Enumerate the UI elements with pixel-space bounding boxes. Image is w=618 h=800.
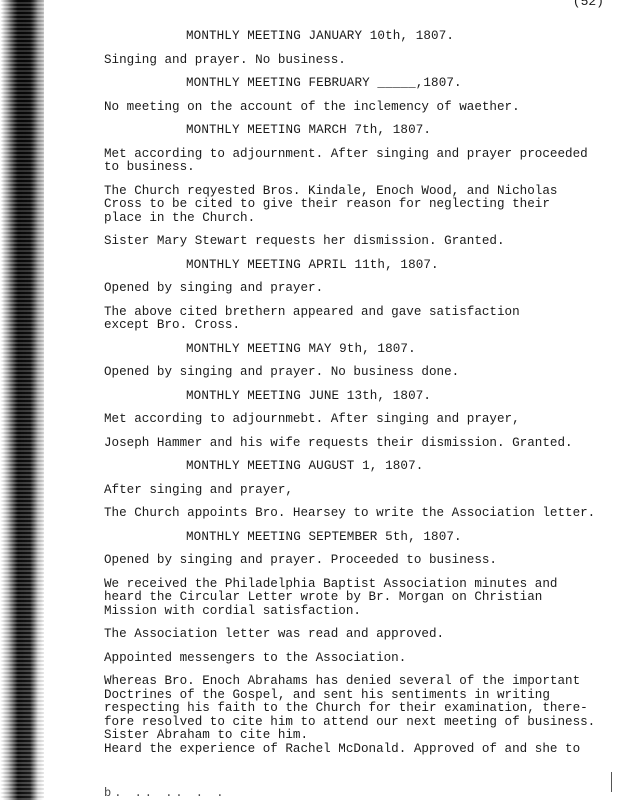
meeting-entry: MONTHLY MEETING AUGUST 1, 1807.After sin… — [104, 460, 604, 521]
minutes-paragraph: Sister Mary Stewart requests her dismiss… — [104, 235, 604, 249]
minutes-paragraph: The Association letter was read and appr… — [104, 628, 604, 642]
meeting-heading: MONTHLY MEETING SEPTEMBER 5th, 1807. — [104, 531, 604, 545]
minutes-document: MONTHLY MEETING JANUARY 10th, 1807.Singi… — [104, 30, 604, 766]
minutes-paragraph: After singing and prayer, — [104, 484, 604, 498]
scan-binding-edge — [0, 0, 44, 800]
minutes-paragraph: Met according to adjournment. After sing… — [104, 148, 604, 175]
meeting-heading: MONTHLY MEETING JUNE 13th, 1807. — [104, 390, 604, 404]
minutes-paragraph: Opened by singing and prayer. Proceeded … — [104, 554, 604, 568]
cut-off-line: b. .. .. . . — [104, 786, 226, 800]
meeting-entry: MONTHLY MEETING JANUARY 10th, 1807.Singi… — [104, 30, 604, 67]
minutes-paragraph: We received the Philadelphia Baptist Ass… — [104, 578, 604, 619]
meeting-entry: MONTHLY MEETING APRIL 11th, 1807.Opened … — [104, 259, 604, 333]
meeting-entry: MONTHLY MEETING FEBRUARY _____,1807.No m… — [104, 77, 604, 114]
minutes-paragraph: The Church reqyested Bros. Kindale, Enoc… — [104, 185, 604, 226]
meeting-heading: MONTHLY MEETING MARCH 7th, 1807. — [104, 124, 604, 138]
meeting-entry: MONTHLY MEETING SEPTEMBER 5th, 1807.Open… — [104, 531, 604, 757]
minutes-paragraph: Opened by singing and prayer. No busines… — [104, 366, 604, 380]
meeting-heading: MONTHLY MEETING FEBRUARY _____,1807. — [104, 77, 604, 91]
page-number: (52) — [573, 0, 604, 9]
minutes-paragraph: Whereas Bro. Enoch Abrahams has denied s… — [104, 675, 604, 756]
minutes-paragraph: Appointed messengers to the Association. — [104, 652, 604, 666]
meeting-entry: MONTHLY MEETING MAY 9th, 1807.Opened by … — [104, 343, 604, 380]
minutes-paragraph: The Church appoints Bro. Hearsey to writ… — [104, 507, 604, 521]
meeting-heading: MONTHLY MEETING APRIL 11th, 1807. — [104, 259, 604, 273]
meeting-heading: MONTHLY MEETING MAY 9th, 1807. — [104, 343, 604, 357]
minutes-paragraph: Singing and prayer. No business. — [104, 54, 604, 68]
meeting-entry: MONTHLY MEETING JUNE 13th, 1807.Met acco… — [104, 390, 604, 451]
meeting-heading: MONTHLY MEETING AUGUST 1, 1807. — [104, 460, 604, 474]
minutes-paragraph: Joseph Hammer and his wife requests thei… — [104, 437, 604, 451]
minutes-paragraph: Opened by singing and prayer. — [104, 282, 604, 296]
meeting-heading: MONTHLY MEETING JANUARY 10th, 1807. — [104, 30, 604, 44]
minutes-paragraph: No meeting on the account of the incleme… — [104, 101, 604, 115]
minutes-paragraph: The above cited brethern appeared and ga… — [104, 306, 604, 333]
meeting-entry: MONTHLY MEETING MARCH 7th, 1807.Met acco… — [104, 124, 604, 249]
minutes-paragraph: Met according to adjournmebt. After sing… — [104, 413, 604, 427]
margin-mark — [611, 772, 612, 792]
